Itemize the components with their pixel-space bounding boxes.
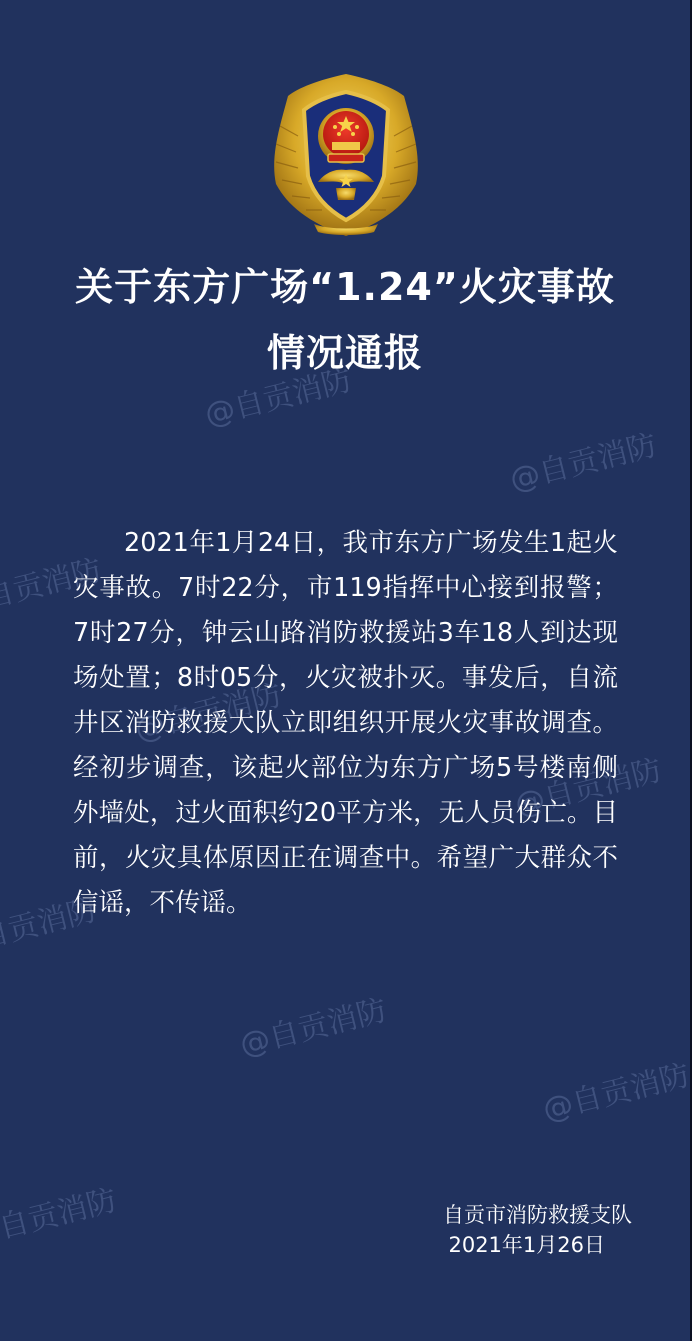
- signature-organization: 自贡市消防救援支队: [443, 1199, 632, 1229]
- notice-title-line-1: 关于东方广场“1.24”火灾事故: [0, 256, 690, 311]
- notice-paragraph: 2021年1月24日，我市东方广场发生1起火灾事故。7时22分，市119指挥中心…: [73, 521, 618, 926]
- watermark: @自贡消防: [0, 1175, 121, 1254]
- signature-date: 2021年1月26日: [448, 1229, 605, 1259]
- fire-rescue-emblem-icon: [258, 66, 434, 242]
- notice-page: 关于东方广场“1.24”火灾事故 情况通报 @自贡消防 @自贡消防 @自贡消防 …: [0, 0, 690, 1341]
- notice-body: 2021年1月24日，我市东方广场发生1起火灾事故。7时22分，市119指挥中心…: [73, 521, 618, 926]
- watermark: @自贡消防: [537, 1050, 692, 1129]
- watermark: @自贡消防: [234, 985, 390, 1064]
- watermark: @自贡消防: [504, 420, 660, 499]
